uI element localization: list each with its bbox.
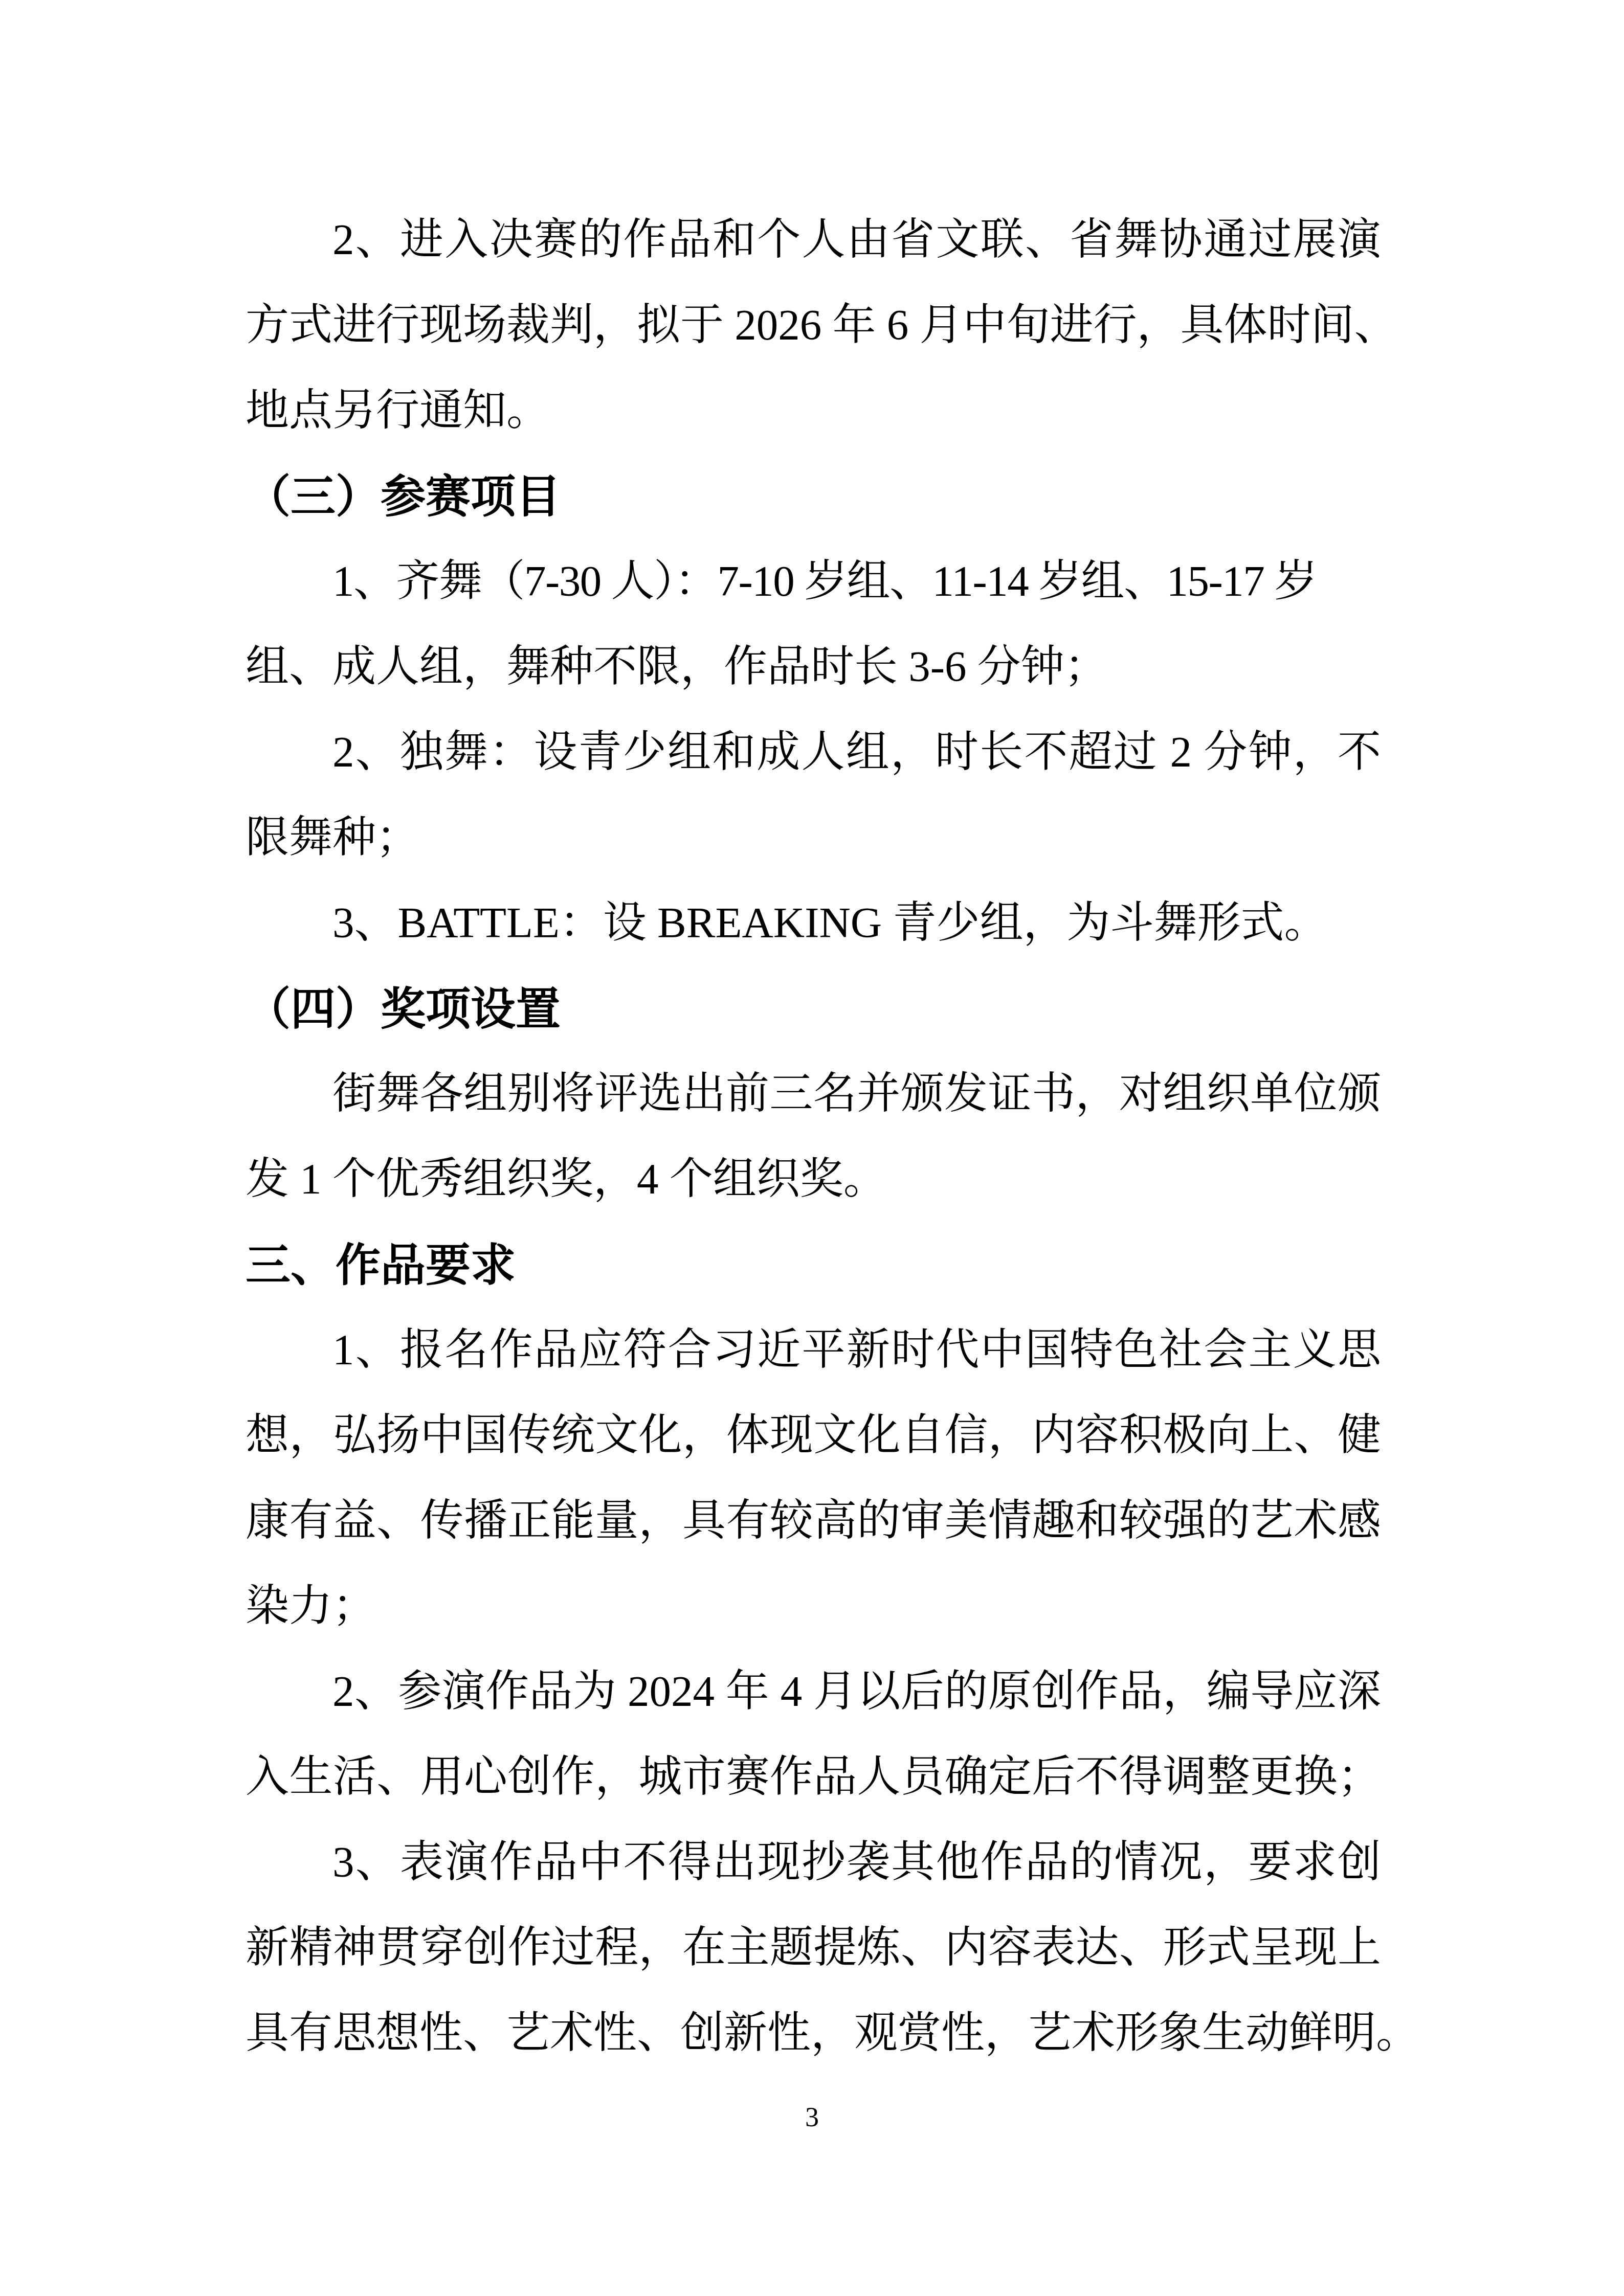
para-requirement2-line-1: 2、参演作品为 2024 年 4 月以后的原创作品，编导应深 (246, 1649, 1381, 1735)
para-solo-dance-line-2: 限舞种； (246, 795, 1381, 881)
para-crew-dance-line-1: 1、齐舞（7-30 人）：7-10 岁组、11-14 岁组、15-17 岁 (246, 539, 1381, 624)
heading-work-requirements: 三、作品要求 (246, 1222, 1381, 1308)
para-requirement1-line-3: 康有益、传播正能量，具有较高的审美情趣和较强的艺术感 (246, 1478, 1381, 1564)
heading-competition-events: （三）参赛项目 (246, 454, 1381, 539)
para-finals-line-3: 地点另行通知。 (246, 368, 1381, 454)
document-page: 2、进入决赛的作品和个人由省文联、省舞协通过展演 方式进行现场裁判，拟于 202… (0, 0, 1624, 2296)
para-requirement1-line-4: 染力； (246, 1564, 1381, 1649)
para-requirement1-line-1: 1、报名作品应符合习近平新时代中国特色社会主义思 (246, 1308, 1381, 1393)
para-requirement2-line-2: 入生活、用心创作，城市赛作品人员确定后不得调整更换； (246, 1735, 1381, 1820)
para-requirement3-line-1: 3、表演作品中不得出现抄袭其他作品的情况，要求创 (246, 1820, 1381, 1905)
para-battle-line-1: 3、BATTLE：设 BREAKING 青少组，为斗舞形式。 (246, 881, 1381, 966)
page-number: 3 (0, 2096, 1624, 2139)
para-solo-dance-line-1: 2、独舞：设青少组和成人组，时长不超过 2 分钟，不 (246, 710, 1381, 795)
para-requirement1-line-2: 想，弘扬中国传统文化，体现文化自信，内容积极向上、健 (246, 1393, 1381, 1478)
document-body: 2、进入决赛的作品和个人由省文联、省舞协通过展演 方式进行现场裁判，拟于 202… (246, 197, 1381, 2076)
para-requirement3-line-3: 具有思想性、艺术性、创新性，观赏性，艺术形象生动鲜明。 (246, 1991, 1381, 2076)
para-crew-dance-line-2: 组、成人组，舞种不限，作品时长 3-6 分钟； (246, 624, 1381, 710)
para-finals-line-1: 2、进入决赛的作品和个人由省文联、省舞协通过展演 (246, 197, 1381, 283)
para-awards-line-2: 发 1 个优秀组织奖，4 个组织奖。 (246, 1137, 1381, 1222)
para-requirement3-line-2: 新精神贯穿创作过程，在主题提炼、内容表达、形式呈现上 (246, 1905, 1381, 1991)
para-finals-line-2: 方式进行现场裁判，拟于 2026 年 6 月中旬进行，具体时间、 (246, 283, 1381, 368)
heading-awards: （四）奖项设置 (246, 966, 1381, 1051)
para-awards-line-1: 街舞各组别将评选出前三名并颁发证书，对组织单位颁 (246, 1051, 1381, 1137)
